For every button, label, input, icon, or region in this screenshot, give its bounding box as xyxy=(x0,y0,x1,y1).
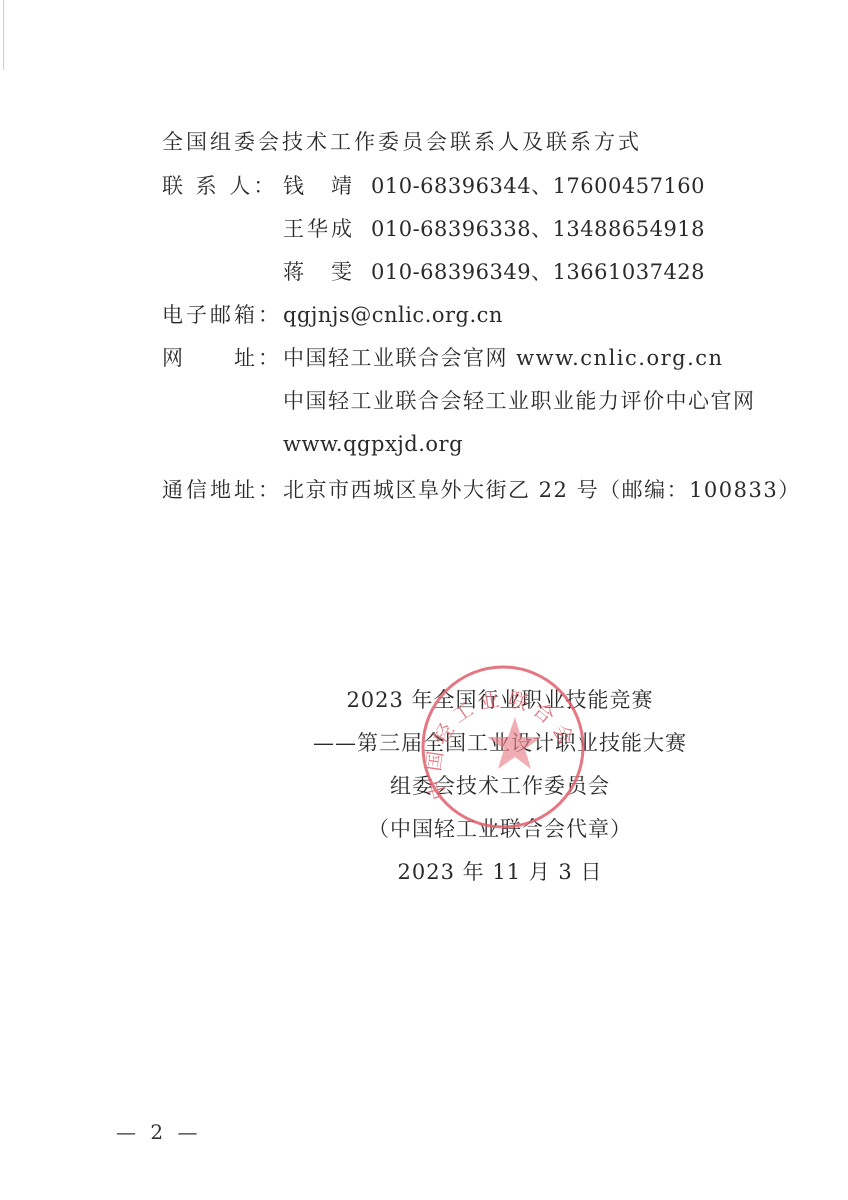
contact-phones: 010-68396344、17600457160 xyxy=(371,173,705,199)
page-number: — 2 — xyxy=(116,1120,201,1144)
contact-name: 蒋 雯 xyxy=(283,259,355,285)
signature-line-2: ——第三届全国工业设计职业技能大赛 xyxy=(290,730,710,756)
contacts-label: 联 系 人： xyxy=(162,173,277,199)
website-line-1: 中国轻工业联合会官网 www.cnlic.org.cn xyxy=(283,345,724,371)
contact-name: 王华成 xyxy=(283,216,355,242)
website-label: 网 址： xyxy=(162,345,282,371)
contact-phones: 010-68396349、13661037428 xyxy=(371,259,705,285)
email-value: qgjnjs@cnlic.org.cn xyxy=(283,302,503,328)
scan-edge-line xyxy=(3,0,4,70)
address-value: 北京市西城区阜外大街乙 22 号（邮编：100833） xyxy=(283,477,801,503)
website-line-2: 中国轻工业联合会轻工业职业能力评价中心官网 xyxy=(283,388,756,414)
email-label: 电子邮箱： xyxy=(162,302,282,328)
signature-date: 2023 年 11 月 3 日 xyxy=(290,859,710,885)
contact-name: 钱 靖 xyxy=(283,173,355,199)
signature-line-3: 组委会技术工作委员会 xyxy=(290,773,710,799)
contact-phones: 010-68396338、13488654918 xyxy=(371,216,705,242)
website-line-3: www.qgpxjd.org xyxy=(283,431,463,457)
contact-heading: 全国组委会技术工作委员会联系人及联系方式 xyxy=(162,129,642,155)
signature-line-1: 2023 年全国行业职业技能竞赛 xyxy=(290,687,710,713)
address-label: 通信地址： xyxy=(162,477,282,503)
signature-line-4: （中国轻工业联合会代章） xyxy=(290,816,710,842)
